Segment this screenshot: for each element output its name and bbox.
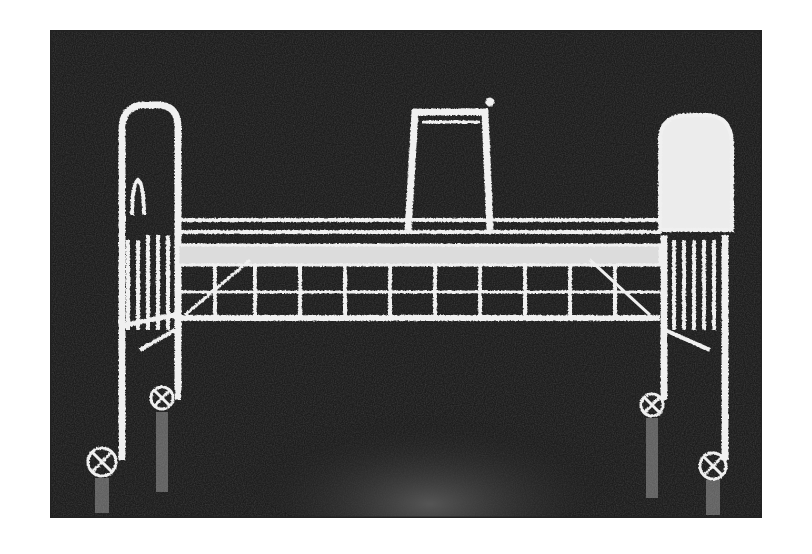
bed-photograph: [50, 30, 762, 518]
bed-illustration: [50, 30, 762, 518]
